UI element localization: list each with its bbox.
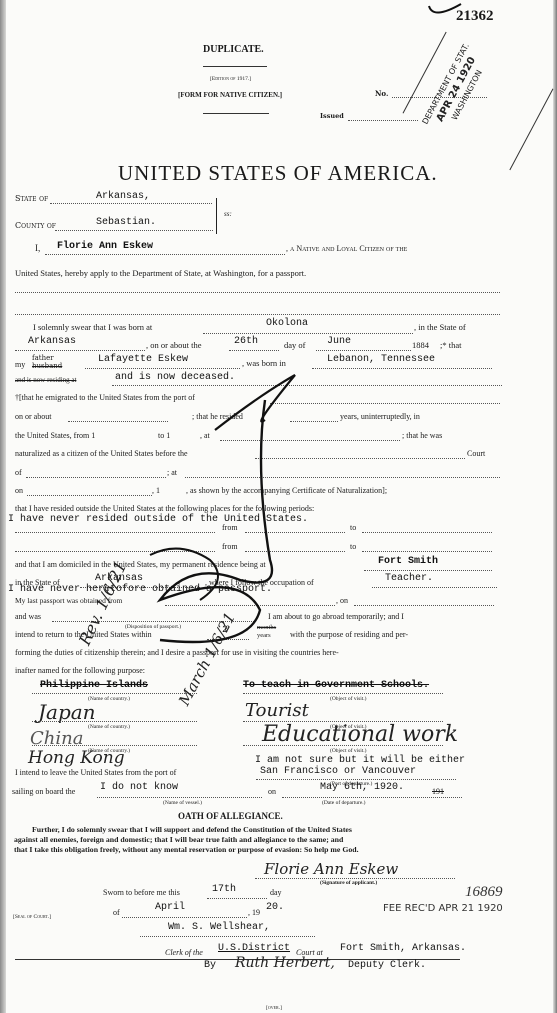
i-label: I, bbox=[35, 243, 40, 253]
naturalization-line: , at bbox=[200, 431, 210, 440]
name-field-line bbox=[45, 254, 285, 255]
apply-text: United States, hereby apply to the Depar… bbox=[15, 268, 306, 278]
country-caption: (Name of country.) bbox=[88, 724, 130, 730]
blank-line bbox=[165, 605, 335, 606]
clerk-of-text: Clerk of the bbox=[165, 948, 203, 957]
issued-label: Issued bbox=[320, 112, 344, 120]
to-label: to bbox=[350, 542, 356, 551]
vessel-caption: (Name of vessel.) bbox=[163, 800, 202, 806]
bracket bbox=[216, 198, 217, 234]
department-of-state-stamp: DEPARTMENT OF STAT. APR 24 1920 WASHINGT… bbox=[403, 32, 554, 171]
vessel-value: I do not know bbox=[100, 782, 178, 793]
and-was-text: and was bbox=[15, 612, 41, 621]
jurat-month-value: April bbox=[155, 902, 185, 913]
clerk-name-value: Wm. S. Wellshear, bbox=[168, 922, 270, 933]
object-line bbox=[243, 745, 443, 746]
blank-line bbox=[27, 495, 152, 496]
date-line bbox=[282, 797, 462, 798]
over-label: [over.] bbox=[266, 1005, 282, 1011]
domicile-text: and that I am domiciled in the United St… bbox=[15, 560, 266, 569]
naturalization-line: , as shown by the accompanying Certifica… bbox=[186, 486, 387, 495]
fee-received-stamp: FEE REC'D APR 21 1920 bbox=[383, 903, 503, 914]
oath-title: OATH OF ALLEGIANCE. bbox=[178, 811, 283, 821]
destination-country: Philippine Islands bbox=[40, 680, 148, 691]
duties-text: forming the duties of citizenship therei… bbox=[15, 648, 339, 657]
day-of-text: day of bbox=[284, 340, 305, 350]
divider bbox=[203, 66, 267, 67]
jurat-day-line bbox=[207, 898, 267, 899]
blank-line bbox=[26, 477, 166, 478]
occupation-value: Teacher. bbox=[385, 573, 433, 584]
scan-edge-left bbox=[0, 0, 6, 1013]
naturalization-line: , 1 bbox=[152, 486, 160, 495]
birth-day-value: 26th bbox=[234, 336, 258, 347]
object-line bbox=[243, 693, 443, 694]
applicant-signature: Florie Ann Eskew bbox=[264, 860, 398, 878]
blank-line bbox=[15, 292, 500, 293]
passport-application-page: 21362 DUPLICATE. [Edition of 1917.] [FOR… bbox=[0, 0, 557, 1013]
jurat-day-value: 17th bbox=[212, 884, 236, 895]
ss-label: ss: bbox=[224, 210, 232, 218]
departure-text: I intend to leave the United States from… bbox=[15, 768, 176, 777]
purpose-text: with the purpose of residing and per- bbox=[290, 630, 408, 639]
form-type-label: [FORM FOR NATIVE CITIZEN.] bbox=[178, 91, 282, 99]
state-value: Arkansas, bbox=[96, 191, 150, 202]
from-label: from bbox=[222, 523, 238, 532]
country-line bbox=[32, 693, 197, 694]
residing-struck-text: and is now residing at bbox=[15, 376, 76, 384]
oath-text: against all enemies, foreign and domesti… bbox=[14, 835, 343, 844]
jurat-year-value: 20. bbox=[266, 902, 284, 913]
port-note-value: I am not sure but it will be either bbox=[255, 755, 465, 766]
naturalization-line: on bbox=[15, 486, 23, 495]
duplicate-label: DUPLICATE. bbox=[203, 44, 264, 55]
court-location-value: Fort Smith, Arkansas. bbox=[340, 943, 466, 954]
birthplace-value: Okolona bbox=[266, 318, 308, 329]
to-line bbox=[362, 532, 492, 533]
relative-birthplace-value: Lebanon, Tennessee bbox=[327, 354, 435, 365]
jurat-month-line bbox=[122, 917, 247, 918]
departure-date-value: May 6th, 1920. bbox=[320, 782, 404, 793]
by-text: By bbox=[204, 960, 216, 971]
destination-object: Educational work bbox=[262, 722, 458, 747]
on-text: on bbox=[268, 787, 276, 796]
naturalization-line: †[that he emigrated to the United States… bbox=[15, 393, 195, 402]
blank-line bbox=[270, 403, 500, 404]
city-line bbox=[364, 570, 492, 571]
return-unit-selector: months years bbox=[257, 624, 276, 640]
naturalization-line: years, uninterruptedly, in bbox=[340, 412, 420, 421]
residence-intro: that I have resided outside the United S… bbox=[15, 504, 314, 513]
residence-city-value: Fort Smith bbox=[378, 556, 438, 567]
relative-name-value: Lafayette Eskew bbox=[98, 354, 188, 365]
naturalization-line: naturalized as a citizen of the United S… bbox=[15, 449, 188, 458]
of-text: of bbox=[113, 908, 120, 917]
naturalization-line: Court bbox=[467, 449, 485, 458]
birth-state-value: Arkansas bbox=[28, 336, 76, 347]
county-label: County of bbox=[15, 221, 56, 230]
signature-line bbox=[255, 878, 455, 879]
county-value: Sebastian. bbox=[96, 217, 156, 228]
naturalization-line: ; that he was bbox=[402, 431, 442, 440]
from-label: from bbox=[222, 542, 238, 551]
oath-text: that I take this obligation freely, with… bbox=[14, 845, 359, 854]
blank-line bbox=[185, 477, 500, 478]
destination-object: To teach in Government Schools. bbox=[243, 680, 429, 691]
place-line bbox=[15, 551, 215, 552]
blank-line bbox=[255, 458, 465, 459]
relation-selector: father husband bbox=[32, 354, 62, 370]
residence-line bbox=[112, 385, 502, 386]
oath-text: Further, I do solemnly swear that I will… bbox=[32, 825, 352, 834]
in-state-text: , in the State of bbox=[414, 322, 466, 332]
birth-year-value: 1884 bbox=[412, 340, 429, 350]
date-caption: (Date of departure.) bbox=[322, 800, 366, 806]
abroad-text: I am about to go abroad temporarily; and… bbox=[268, 612, 404, 621]
year-prefix: , 19 bbox=[248, 908, 260, 917]
check-mark-icon bbox=[425, 0, 465, 22]
deputy-signature: Ruth Herbert, bbox=[235, 955, 335, 971]
birth-month-value: June bbox=[327, 336, 351, 347]
naturalization-line: ; that he resided bbox=[192, 412, 243, 421]
relative-birthplace-line bbox=[312, 368, 492, 369]
birth-state-line bbox=[15, 350, 145, 351]
naturalization-line: the United States, from 1 bbox=[15, 431, 95, 440]
on-text: , on bbox=[336, 596, 348, 605]
state-field-line bbox=[50, 203, 212, 204]
applicant-name: Florie Ann Eskew bbox=[57, 241, 153, 252]
port-value: San Francisco or Vancouver bbox=[260, 766, 416, 777]
object-caption: (Object of visit.) bbox=[330, 748, 367, 754]
deputy-title: Deputy Clerk. bbox=[348, 960, 426, 971]
that-text: ;* that bbox=[440, 340, 461, 350]
scan-edge-right bbox=[553, 0, 557, 1013]
on-about-text: , on or about the bbox=[146, 340, 201, 350]
to-label: to bbox=[350, 523, 356, 532]
named-text: inafter named for the following purpose: bbox=[15, 666, 145, 675]
county-field-line bbox=[55, 230, 213, 231]
sailing-text: sailing on board the bbox=[12, 787, 75, 796]
birthplace-line bbox=[203, 333, 413, 334]
seal-caption: [Seal of Court.] bbox=[13, 914, 51, 920]
relative-name-line bbox=[85, 368, 240, 369]
blank-line bbox=[354, 605, 494, 606]
passport-note-value: I have never heretofore obtained a passp… bbox=[8, 584, 272, 595]
naturalization-line: to 1 bbox=[158, 431, 170, 440]
divider bbox=[203, 113, 269, 114]
destination-country: Hong Kong bbox=[28, 748, 125, 768]
no-label: No. bbox=[375, 89, 388, 98]
naturalization-line: ; at bbox=[167, 468, 177, 477]
receipt-number: 16869 bbox=[465, 884, 503, 901]
relative-status-value: and is now deceased. bbox=[115, 372, 235, 383]
native-citizen-text: , a Native and Loyal Citizen of the bbox=[286, 244, 407, 253]
court-value: U.S.District bbox=[218, 943, 290, 954]
signature-caption: (Signature of applicant.) bbox=[320, 880, 377, 886]
port-line bbox=[256, 779, 456, 780]
naturalization-line: on or about bbox=[15, 412, 51, 421]
place-line bbox=[15, 532, 215, 533]
country-line bbox=[32, 721, 197, 722]
issued-field bbox=[348, 120, 418, 121]
vessel-line bbox=[97, 797, 262, 798]
occupation-line bbox=[372, 587, 497, 588]
edition-label: [Edition of 1917.] bbox=[210, 76, 251, 82]
naturalization-line: of bbox=[15, 468, 22, 477]
from-line bbox=[245, 551, 345, 552]
was-born-in-text: , was born in bbox=[242, 358, 286, 368]
blank-line bbox=[15, 314, 500, 315]
blank-line bbox=[68, 421, 168, 422]
day-line bbox=[229, 350, 279, 351]
struck-year: 191 bbox=[432, 787, 444, 796]
destination-object: Tourist bbox=[245, 700, 309, 721]
day-text: day bbox=[270, 888, 282, 897]
object-caption: (Object of visit.) bbox=[330, 696, 367, 702]
state-label: State of bbox=[15, 194, 48, 203]
month-line bbox=[316, 350, 411, 351]
date-annotation: March 1/6/21 bbox=[175, 609, 239, 708]
sworn-text: I solemnly swear that I was born at bbox=[33, 322, 152, 332]
blank-line bbox=[290, 421, 338, 422]
to-line bbox=[362, 551, 492, 552]
jurat-sworn-text: Sworn to before me this bbox=[103, 888, 180, 897]
residence-note-value: I have never resided outside of the Unit… bbox=[8, 514, 308, 525]
blank-line bbox=[220, 440, 400, 441]
country-line bbox=[32, 745, 197, 746]
from-line bbox=[245, 532, 345, 533]
clerk-line bbox=[140, 936, 315, 937]
document-title: UNITED STATES OF AMERICA. bbox=[118, 161, 438, 186]
my-text: my bbox=[15, 360, 25, 369]
